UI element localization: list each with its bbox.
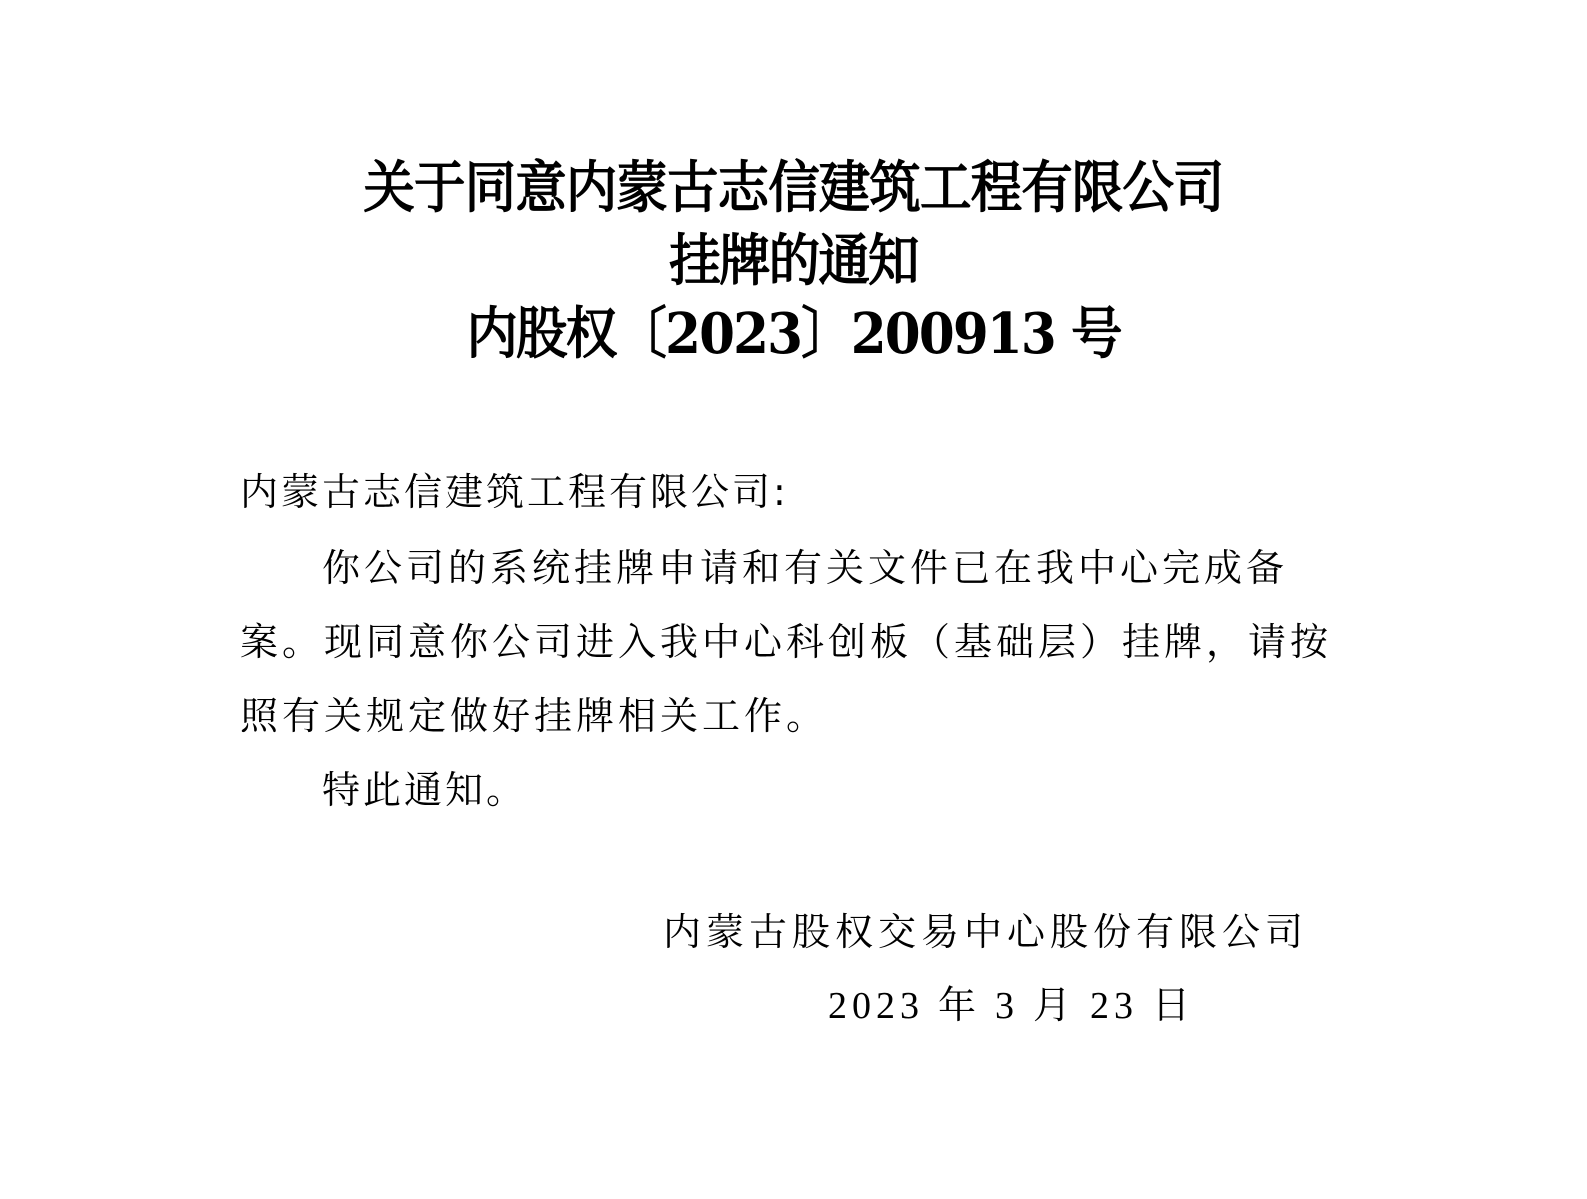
closing-remark: 特此通知。: [322, 770, 527, 810]
date-year: 2023: [828, 986, 924, 1026]
document-number: 内股权〔2023〕200913 号: [63, 298, 1523, 371]
document-title: 关于同意内蒙古志信建筑工程有限公司 挂牌的通知 内股权〔2023〕200913 …: [0, 152, 1587, 371]
body-paragraph-line-1: 你公司的系统挂牌申请和有关文件已在我中心完成备: [322, 548, 1288, 588]
document-page: 关于同意内蒙古志信建筑工程有限公司 挂牌的通知 内股权〔2023〕200913 …: [0, 0, 1587, 1199]
issuer-name: 内蒙古股权交易中心股份有限公司: [663, 912, 1308, 952]
date-month-unit: 月: [1033, 986, 1076, 1026]
date-year-unit: 年: [938, 986, 981, 1026]
body-paragraph-line-3: 照有关规定做好挂牌相关工作。: [240, 696, 828, 736]
date-day: 23: [1090, 986, 1138, 1026]
issue-date: 2023年3月23日: [828, 986, 1195, 1026]
salutation: 内蒙古志信建筑工程有限公司:: [240, 472, 789, 512]
date-day-unit: 日: [1152, 986, 1195, 1026]
date-month: 3: [995, 986, 1019, 1026]
title-line-2: 挂牌的通知: [63, 225, 1523, 298]
title-line-1: 关于同意内蒙古志信建筑工程有限公司: [63, 152, 1523, 225]
body-paragraph-line-2: 案。现同意你公司进入我中心科创板（基础层）挂牌，请按: [240, 622, 1332, 662]
